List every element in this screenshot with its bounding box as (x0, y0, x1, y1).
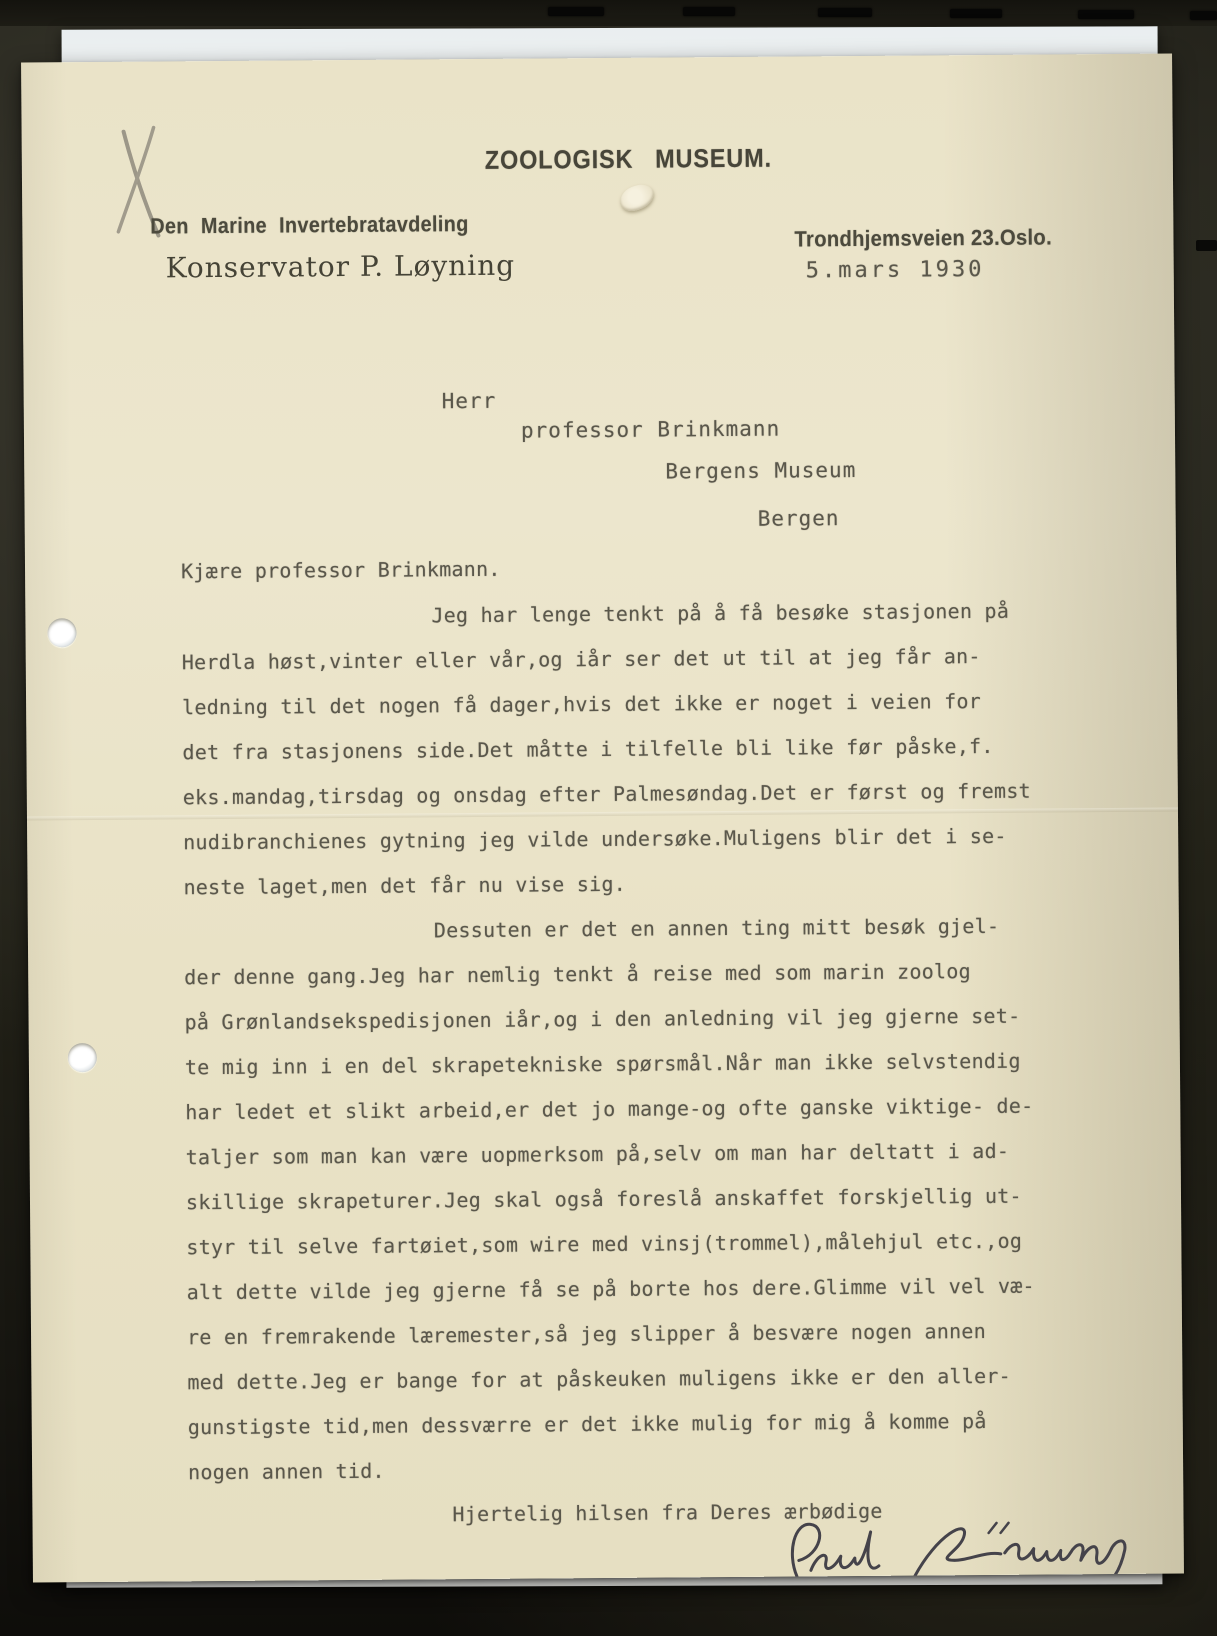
handwritten-signature (774, 1502, 1135, 1583)
typed-line: Dessuten er det en annen ting mitt besøk… (184, 903, 1089, 955)
typed-line: Jeg har lenge tenkt på å få besøke stasj… (181, 588, 1086, 640)
typed-line: der denne gang.Jeg har nemlig tenkt å re… (184, 948, 1089, 1000)
letter-date: 5.mars 1930 (806, 257, 985, 283)
binding-perforation-mark (1190, 11, 1217, 20)
typed-line: te mig inn i en del skrapetekniske spørs… (185, 1038, 1090, 1090)
typed-line: det fra stasjonens side.Det måtte i tilf… (182, 723, 1087, 775)
recipient-line: Bergens Museum (665, 458, 856, 483)
recipient-line: professor Brinkmann (521, 417, 780, 443)
typed-line: nogen annen tid. (188, 1443, 1093, 1495)
salutation: Kjære professor Brinkmann. (181, 557, 501, 584)
typed-line: på Grønlandsekspedisjonen iår,og i den a… (184, 993, 1089, 1045)
letterhead-museum-title: ZOOLOGISK MUSEUM. (485, 143, 772, 176)
scan-top-shadow (0, 0, 1217, 26)
typed-line: Herdla høst,vinter eller vår,og iår ser … (182, 633, 1087, 685)
binding-perforation-mark (1196, 240, 1217, 251)
binding-perforation-mark (548, 7, 604, 16)
typed-line: har ledet et slikt arbeid,er det jo mang… (185, 1083, 1090, 1135)
typed-line: alt dette vilde jeg gjerne få se på bort… (187, 1263, 1092, 1315)
typed-line: neste laget,men det får nu vise sig. (183, 858, 1088, 910)
letter-page: ZOOLOGISK MUSEUM. Den Marine Invertebrat… (21, 54, 1184, 1583)
punch-hole (47, 618, 76, 647)
letter-body: Jeg har lenge tenkt på å få besøke stasj… (181, 588, 1093, 1495)
typed-line: gunstigste tid,men dessværre er det ikke… (188, 1398, 1093, 1450)
paper-damage-spot (618, 182, 657, 214)
binding-perforation-mark (950, 9, 1002, 18)
binding-perforation-mark (818, 8, 872, 17)
letterhead-department: Den Marine Invertebratavdeling (150, 211, 468, 239)
binding-perforation-mark (683, 7, 735, 16)
recipient-line: Herr (442, 389, 497, 413)
typed-line: nudibranchienes gytning jeg vilde unders… (183, 813, 1088, 865)
letterhead-address: Trondhjemsveien 23.Oslo. (794, 224, 1052, 252)
letterhead-curator: Konservator P. Løyning (166, 249, 516, 285)
recipient-line: Bergen (758, 506, 840, 531)
typed-line: re en fremrakende læremester,så jeg slip… (187, 1308, 1092, 1360)
binding-perforation-mark (1078, 10, 1134, 19)
typed-line: styr til selve fartøiet,som wire med vin… (186, 1218, 1091, 1270)
typed-line: taljer som man kan være uopmerksom på,se… (185, 1128, 1090, 1180)
paragraph: Dessuten er det en annen ting mitt besøk… (184, 903, 1094, 1495)
typed-line: eks.mandag,tirsdag og onsdag efter Palme… (183, 768, 1088, 820)
punch-hole (68, 1043, 97, 1072)
typed-line: med dette.Jeg er bange for at påskeuken … (187, 1353, 1092, 1405)
typed-line: ledning til det nogen få dager,hvis det … (182, 678, 1087, 730)
scanned-letter-background: ZOOLOGISK MUSEUM. Den Marine Invertebrat… (0, 0, 1217, 1636)
paragraph: Jeg har lenge tenkt på å få besøke stasj… (181, 588, 1088, 910)
typed-line: skillige skrapeturer.Jeg skal også fores… (186, 1173, 1091, 1225)
